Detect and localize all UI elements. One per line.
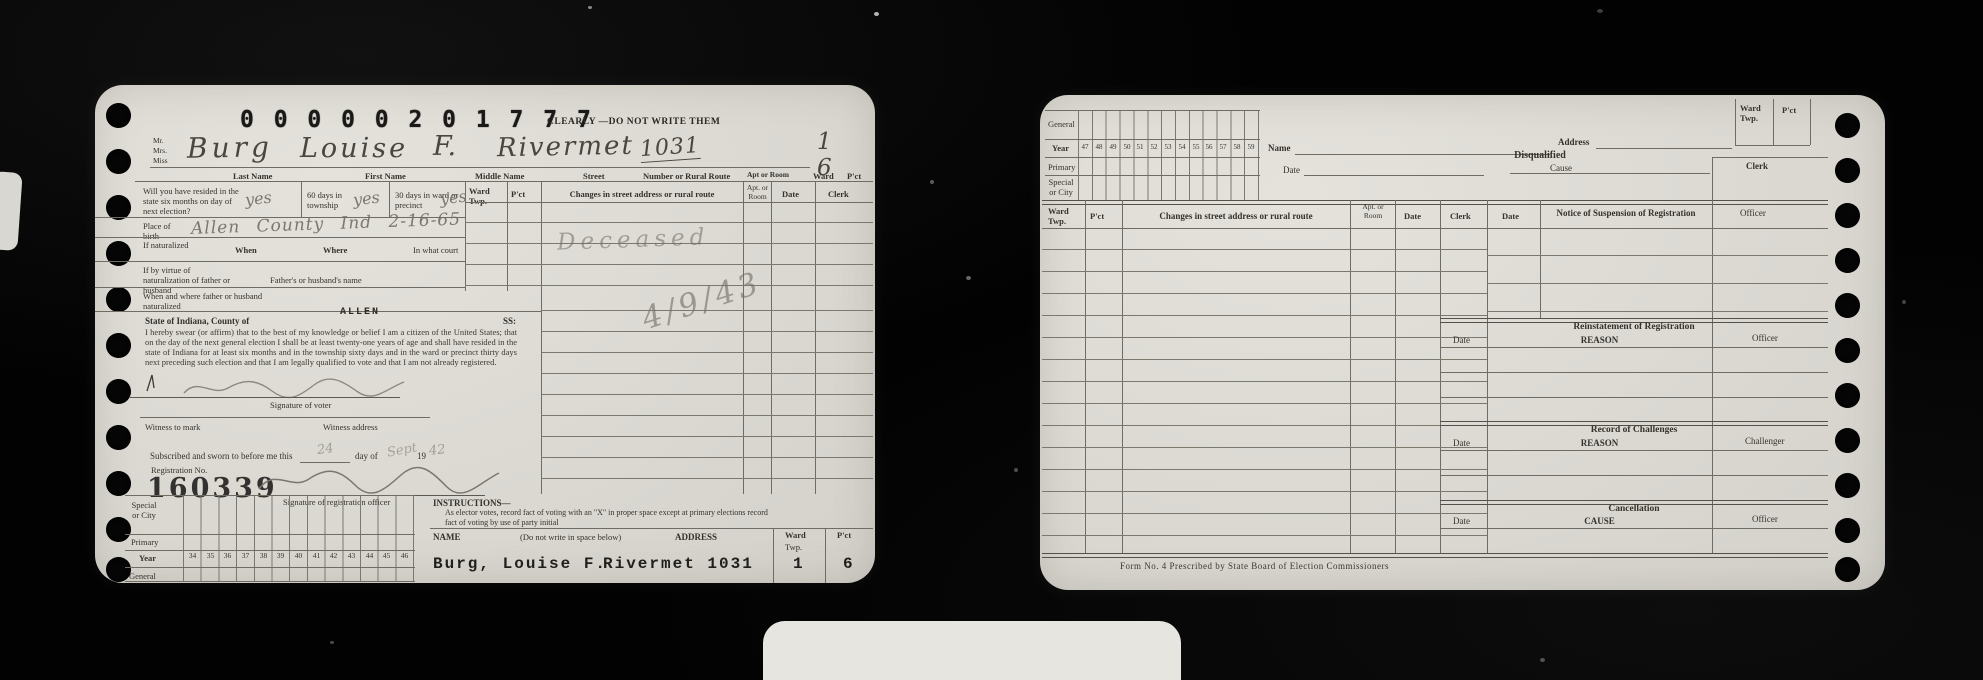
typed-voter-name: Burg, Louise F. [433, 555, 607, 573]
oath-ss: SS: [503, 316, 516, 327]
label-witness-address: Witness address [323, 422, 378, 432]
label-number-rural-route: Number or Rural Route [643, 171, 730, 181]
grid-line [825, 528, 826, 583]
scan-speck [930, 180, 934, 184]
rule [1440, 475, 1828, 476]
col-officer: Officer [1740, 208, 1766, 219]
corner-pct: P'ct [1782, 105, 1796, 115]
rule [430, 528, 873, 529]
punch-hole [106, 241, 131, 266]
col-pct: P'ct [511, 189, 525, 199]
header-do-not-write: (Do not write in space below) [520, 532, 621, 542]
punch-hole [106, 149, 131, 174]
scan-artifact-left-card-edge [0, 171, 23, 251]
scan-speck [330, 641, 334, 644]
answer-township-residency: yes [352, 188, 381, 210]
reinstatement-date: Date [1453, 335, 1470, 346]
vote-year: 42 [325, 552, 342, 561]
form-footer: Form No. 4 Prescribed by State Board of … [1120, 561, 1389, 572]
oath-county-value: ALLEN [340, 307, 380, 318]
label-day-of: day of [355, 451, 378, 462]
table-bottom-border [1042, 553, 1828, 558]
label-name: Name [1268, 143, 1291, 154]
vote-year: 47 [1078, 143, 1092, 151]
rule [125, 567, 415, 568]
label-where: Where [323, 245, 347, 255]
stamped-frame-number: 0 0 0 0 0 2 0 1 7 7 7 [240, 107, 594, 133]
label-clerk-top: Clerk [1746, 161, 1768, 172]
header-ward: Ward [785, 530, 806, 540]
col-date2: Date [1502, 211, 1519, 221]
punch-hole [106, 287, 131, 312]
label-pct: P'ct [847, 171, 861, 181]
grid-line [1773, 99, 1774, 145]
typed-pct: 6 [843, 555, 853, 573]
vote-year: 48 [1092, 143, 1106, 151]
rule [1712, 157, 1828, 158]
handwritten-deceased: Deceased [557, 224, 710, 255]
col-date: Date [782, 189, 799, 199]
rule [1304, 175, 1484, 176]
question-township-residency: 60 days in township [307, 190, 359, 210]
label-apt-room: Apt or Room [747, 171, 789, 180]
vote-row-year: Year [1052, 143, 1069, 153]
prefix-mr: Mr. [153, 137, 164, 146]
table-top-border [1042, 200, 1828, 205]
vote-grid-columns [183, 495, 415, 581]
rule [1045, 175, 1260, 176]
label-19: 19 [417, 451, 426, 462]
vote-year: 38 [255, 552, 272, 561]
rule [1045, 139, 1260, 140]
label-street: Street [583, 171, 605, 181]
rule [1510, 173, 1710, 174]
header-pct-bottom: P'ct [837, 530, 851, 540]
header-name: NAME [433, 532, 461, 543]
punch-hole [106, 557, 131, 582]
vote-row-primary: Primary [1048, 162, 1075, 172]
title-reinstatement: Reinstatement of Registration [1440, 322, 1828, 333]
col-clerk: Clerk [1450, 211, 1471, 221]
label-father-naturalized: When and where father or husband natural… [143, 291, 263, 311]
punch-hole [1835, 518, 1860, 543]
grid-line [1735, 99, 1736, 145]
rule [300, 462, 350, 463]
rule [95, 311, 541, 312]
rule [140, 417, 430, 418]
handwritten-sworn-year: 42 [428, 442, 446, 459]
rule [1440, 450, 1828, 451]
label-court: In what court [413, 245, 458, 255]
rule [1045, 110, 1260, 111]
cancellation-cause: CAUSE [1487, 516, 1712, 527]
punch-hole [106, 425, 131, 450]
punch-hole [106, 333, 131, 358]
label-father-husband-name: Father's or husband's name [270, 275, 362, 285]
vote-grid-columns [1078, 110, 1260, 200]
instructions-line2: fact of voting by use of party initial [445, 518, 745, 527]
vote-row-general: General [129, 571, 156, 581]
col-apt-room: Apt. or Room [1353, 203, 1393, 221]
rule [1440, 347, 1828, 348]
grid-rows [1487, 228, 1828, 318]
punch-hole [1835, 203, 1860, 228]
rule [135, 181, 873, 182]
rule [95, 261, 465, 262]
scan-speck [1540, 658, 1545, 662]
typed-voter-address: Rivermet 1031 [603, 555, 754, 573]
col-pct: P'ct [1090, 211, 1104, 221]
vote-year: 45 [378, 552, 395, 561]
vote-year: 57 [1216, 143, 1230, 151]
grid-rows [541, 290, 873, 494]
punch-hole [1835, 248, 1860, 273]
officer-signature-handwriting [255, 465, 505, 495]
punch-hole [1835, 383, 1860, 408]
do-not-write-overprint: CLEARLY —DO NOT WRITE THEM [547, 117, 720, 128]
handwritten-street-number: 1031 [639, 133, 701, 163]
grid-line [773, 528, 774, 583]
voter-card-front: 0 0 0 0 0 2 0 1 7 7 7 CLEARLY —DO NOT WR… [95, 85, 875, 583]
vote-row-general: General [1048, 119, 1075, 129]
punch-hole [1835, 158, 1860, 183]
prefix-mrs: Mrs. [153, 147, 167, 156]
challenges-reason: REASON [1487, 438, 1712, 449]
rule [1045, 157, 1260, 158]
punch-hole [106, 471, 131, 496]
grid-line [1712, 157, 1713, 200]
reinstatement-reason: REASON [1487, 335, 1712, 346]
sworn-statement: Subscribed and sworn to before me this [150, 451, 292, 462]
scan-speck [588, 6, 592, 9]
grid-line [1810, 99, 1811, 145]
voter-mark [145, 373, 159, 393]
rule [125, 581, 415, 582]
label-signature-of-voter: Signature of voter [270, 400, 331, 410]
instructions-line1: As elector votes, record fact of voting … [445, 508, 865, 517]
vote-year: 37 [237, 552, 254, 561]
punch-hole [106, 103, 131, 128]
oath-text: I hereby swear (or affirm) that to the b… [145, 327, 517, 367]
col-apt-room: Apt. or Room [744, 184, 771, 202]
rule [1440, 372, 1828, 373]
rule [1440, 397, 1828, 398]
vote-row-special-city: Special or City [1046, 177, 1076, 197]
rule [130, 397, 400, 398]
punch-hole [1835, 113, 1860, 138]
cancellation-date: Date [1453, 516, 1470, 527]
rule [95, 287, 465, 288]
title-disqualified: Disqualified [1460, 150, 1620, 162]
rule [125, 495, 415, 496]
label-middle-name: Middle Name [475, 171, 524, 181]
challenges-date: Date [1453, 438, 1470, 449]
punch-hole [106, 379, 131, 404]
col-changes: Changes in street address or rural route [1124, 211, 1348, 222]
vote-year: 55 [1189, 143, 1203, 151]
vote-year: 53 [1161, 143, 1175, 151]
label-place-of-birth: Place of birth [143, 221, 183, 241]
vote-year: 56 [1202, 143, 1216, 151]
challenges-challenger: Challenger [1745, 436, 1785, 447]
handwritten-sworn-day: 24 [316, 441, 334, 458]
vote-row-year: Year [139, 553, 156, 563]
label-when: When [235, 245, 257, 255]
rule [1440, 528, 1828, 529]
corner-ward-twp: Ward Twp. [1740, 103, 1770, 123]
col-clerk: Clerk [828, 189, 849, 199]
grid-line [301, 181, 302, 217]
scan-speck [874, 12, 879, 16]
punch-hole [1835, 293, 1860, 318]
vote-year: 49 [1106, 143, 1120, 151]
voter-signature-handwriting [180, 373, 410, 399]
scan-speck [1014, 468, 1018, 472]
voter-card-back: General Year Primary Special or City 47 … [1040, 95, 1885, 590]
rule [95, 237, 465, 238]
handwritten-sworn-month: Sept [386, 440, 418, 460]
typed-ward: 1 [793, 555, 803, 573]
col-ward-twp: Ward Twp. [1048, 206, 1082, 226]
rule [1735, 145, 1810, 146]
vote-year: 35 [202, 552, 219, 561]
title-challenges: Record of Challenges [1440, 425, 1828, 436]
label-if-naturalized: If naturalized [143, 240, 193, 250]
scan-artifact-bottom-card-edge [763, 621, 1181, 680]
label-ward: Ward [813, 171, 834, 181]
label-first-name: First Name [365, 171, 406, 181]
vote-row-primary: Primary [131, 537, 158, 547]
vote-row-special-city: Special or City [127, 500, 161, 520]
grid-rows [1042, 228, 1487, 553]
col-date: Date [1404, 211, 1421, 221]
vote-year: 40 [290, 552, 307, 561]
col-suspension-title: Notice of Suspension of Registration [1540, 208, 1712, 219]
label-date-top: Date [1283, 165, 1300, 176]
vote-year: 50 [1120, 143, 1134, 151]
vote-year: 46 [396, 552, 413, 561]
rule [150, 167, 810, 168]
vote-year: 54 [1175, 143, 1189, 151]
punch-hole [1835, 557, 1860, 582]
rule [125, 534, 415, 535]
rule [1596, 148, 1732, 149]
punch-hole [1835, 338, 1860, 363]
handwritten-last-name: Burg [187, 130, 273, 164]
scan-speck [1902, 300, 1906, 304]
punch-hole [1835, 428, 1860, 453]
vote-year: 41 [308, 552, 325, 561]
punch-hole [1835, 473, 1860, 498]
header-twp: Twp. [785, 542, 802, 552]
scan-speck [966, 276, 971, 280]
prefix-miss: Miss [153, 157, 168, 166]
question-state-residency: Will you have resided in the state six m… [143, 186, 248, 216]
vote-year: 58 [1230, 143, 1244, 151]
vote-year: 51 [1133, 143, 1147, 151]
vote-year: 43 [343, 552, 360, 561]
col-changes: Changes in street address or rural route [543, 189, 741, 199]
handwritten-first-name: Louise [300, 133, 408, 164]
scan-speck [1597, 9, 1603, 13]
vote-year: 36 [219, 552, 236, 561]
vote-year: 59 [1244, 143, 1258, 151]
handwritten-street: Rivermet [497, 131, 634, 163]
vote-year: 44 [361, 552, 378, 561]
oath-state-label: State of Indiana, County of [145, 316, 249, 327]
vote-year: 34 [184, 552, 201, 561]
header-address: ADDRESS [675, 532, 717, 543]
answer-state-residency: yes [244, 188, 273, 210]
label-last-name: Last Name [233, 171, 272, 181]
vote-year: 39 [272, 552, 289, 561]
handwritten-middle-name: F. [433, 131, 456, 162]
label-address: Address [1558, 137, 1589, 148]
microfilm-scan-background: 0 0 0 0 0 2 0 1 7 7 7 CLEARLY —DO NOT WR… [0, 0, 1983, 680]
vote-year: 52 [1147, 143, 1161, 151]
label-witness-to-mark: Witness to mark [145, 422, 200, 432]
answer-ward-residency: yes [439, 187, 468, 209]
cancellation-officer: Officer [1752, 514, 1778, 525]
reinstatement-officer: Officer [1752, 333, 1778, 344]
punch-hole [106, 517, 131, 542]
